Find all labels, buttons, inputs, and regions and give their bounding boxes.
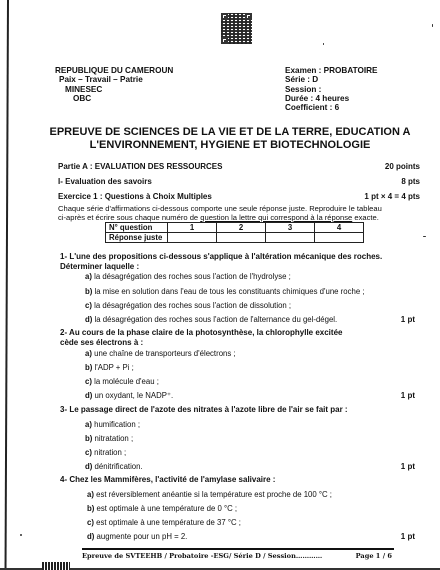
question-2-stem: 2- Au cours de la phase claire de la pho… <box>60 328 422 347</box>
question-3-option-c: c) nitration ; <box>85 448 415 457</box>
scan-speck <box>432 24 433 27</box>
option-text: la désagrégation des roches sous l'actio… <box>94 272 291 281</box>
column-header: 4 <box>315 223 364 233</box>
question-4-option-a: a) est réversiblement anéantie si la tem… <box>87 490 417 499</box>
answer-cell <box>266 233 315 243</box>
question-stem-line: cède ses électrons à : <box>60 338 422 348</box>
scan-speck <box>20 534 22 536</box>
instructions-text: ci-après et écrire sous chaque numéro de <box>58 213 200 222</box>
option-letter: d) <box>85 462 92 471</box>
page-title: EPREUVE DE SCIENCES DE LA VIE ET DE LA T… <box>40 126 420 152</box>
answer-cell <box>168 233 217 243</box>
footer-divider <box>82 548 394 550</box>
question-4-stem: 4- Chez les Mammifères, l'activité de l'… <box>60 475 422 485</box>
country-motto: Paix – Travail – Patrie <box>55 75 173 84</box>
title-line-2: L'ENVIRONNEMENT, HYGIENE ET BIOTECHNOLOG… <box>40 139 420 152</box>
question-points: 1 pt <box>401 532 415 541</box>
header-exam-block: Examen : PROBATOIRE Série : D Session : … <box>285 66 378 112</box>
answer-cell <box>217 233 266 243</box>
option-text: est réversiblement anéantie si la tempér… <box>96 490 332 499</box>
option-text: est optimale à une température de 37 °C … <box>96 518 241 527</box>
option-text: augmente pour un pH = 2. <box>97 532 188 541</box>
option-letter: a) <box>87 490 94 499</box>
question-stem-line: 3- Le passage direct de l'azote des nitr… <box>60 405 422 415</box>
partie-heading: Partie A : EVALUATION DES RESSOURCES 20 … <box>58 162 420 171</box>
option-letter: b) <box>85 434 92 443</box>
option-text: un oxydant, le NADP⁺. <box>95 391 174 400</box>
option-text: la désagrégation des roches sous l'actio… <box>94 301 291 310</box>
option-letter: c) <box>87 518 94 527</box>
exam-coefficient: Coefficient : 6 <box>285 103 378 112</box>
page-number: Page 1 / 6 <box>356 552 392 560</box>
column-header: 3 <box>266 223 315 233</box>
option-letter: d) <box>85 315 92 324</box>
column-header: 1 <box>168 223 217 233</box>
answer-table: N° question 1 2 3 4 Réponse juste <box>105 222 364 243</box>
qr-code-icon <box>221 13 252 44</box>
option-text: la molécule d'eau ; <box>94 377 159 386</box>
question-points: 1 pt <box>401 462 415 471</box>
exercise-label: Exercice 1 : Questions à Choix Multiples <box>58 192 212 201</box>
column-header: 2 <box>217 223 266 233</box>
question-1-option-a: a) la désagrégation des roches sous l'ac… <box>85 272 415 281</box>
title-line-1: EPREUVE DE SCIENCES DE LA VIE ET DE LA T… <box>40 126 420 139</box>
option-letter: d) <box>87 532 94 541</box>
question-1-option-b: b) la mise en solution dans l'eau de tou… <box>85 287 415 296</box>
table-row: Réponse juste <box>106 233 364 243</box>
exercise-heading: Exercice 1 : Questions à Choix Multiples… <box>58 192 420 201</box>
table-row: N° question 1 2 3 4 <box>106 223 364 233</box>
question-points: 1 pt <box>401 315 415 324</box>
question-stem-line: 2- Au cours de la phase claire de la pho… <box>60 328 422 338</box>
question-1-option-c: c) la désagrégation des roches sous l'ac… <box>85 301 415 310</box>
question-stem-line: 1- L'une des propositions ci-dessous s'a… <box>60 252 422 262</box>
answer-cell <box>315 233 364 243</box>
small-qr-code-icon <box>42 562 70 570</box>
footer-exam-info: Epreuve de SVTEEHB / Probatoire -ESG/ Sé… <box>82 552 322 560</box>
exam-type: Examen : PROBATOIRE <box>285 66 378 75</box>
question-2-option-a: a) une chaîne de transporteurs d'électro… <box>85 349 415 358</box>
instructions-text: exacte. <box>352 213 379 222</box>
section-label: I- Evaluation des savoirs <box>58 177 152 186</box>
question-3-option-a: a) humification ; <box>85 420 415 429</box>
question-1-option-d: d) la désagrégation des roches sous l'ac… <box>85 315 415 324</box>
option-text: l'ADP + Pi ; <box>95 363 134 372</box>
partie-points: 20 points <box>385 162 420 171</box>
option-letter: d) <box>85 391 92 400</box>
question-2-option-c: c) la molécule d'eau ; <box>85 377 415 386</box>
option-text: nitration ; <box>94 448 126 457</box>
question-2-option-d: d) un oxydant, le NADP⁺.1 pt <box>85 391 415 400</box>
option-text: la désagrégation des roches sous l'actio… <box>95 315 338 324</box>
partie-label: Partie A : EVALUATION DES RESSOURCES <box>58 162 222 171</box>
option-letter: a) <box>85 272 92 281</box>
option-text: nitratation ; <box>95 434 134 443</box>
option-letter: c) <box>85 448 92 457</box>
option-letter: b) <box>85 287 92 296</box>
option-letter: b) <box>85 363 92 372</box>
option-text: une chaîne de transporteurs d'électrons … <box>94 349 236 358</box>
row-header: Réponse juste <box>106 233 168 243</box>
exam-session: Session : <box>285 85 378 94</box>
exam-series: Série : D <box>285 75 378 84</box>
option-letter: a) <box>85 349 92 358</box>
instructions-underlined-text: question la lettre qui correspond à la r… <box>200 213 352 222</box>
scan-border-left <box>5 0 9 570</box>
question-points: 1 pt <box>401 391 415 400</box>
option-text: la mise en solution dans l'eau de tous l… <box>95 287 365 296</box>
section-heading: I- Evaluation des savoirs 8 pts <box>58 177 420 186</box>
option-letter: c) <box>85 377 92 386</box>
question-stem-line: Déterminer laquelle : <box>60 262 422 272</box>
office: OBC <box>55 94 173 103</box>
ministry: MINESEC <box>55 85 173 94</box>
option-letter: c) <box>85 301 92 310</box>
exam-duration: Durée : 4 heures <box>285 94 378 103</box>
question-3-option-b: b) nitratation ; <box>85 434 415 443</box>
question-3-option-d: d) dénitrification.1 pt <box>85 462 415 471</box>
question-stem-line: 4- Chez les Mammifères, l'activité de l'… <box>60 475 422 485</box>
scan-speck <box>323 43 324 45</box>
country-name: REPUBLIQUE DU CAMEROUN <box>55 66 173 75</box>
question-1-stem: 1- L'une des propositions ci-dessous s'a… <box>60 252 422 271</box>
question-4-option-b: b) est optimale à une température de 0 °… <box>87 504 417 513</box>
exercise-points: 1 pt × 4 = 4 pts <box>364 192 420 201</box>
option-letter: a) <box>85 420 92 429</box>
header-country-block: REPUBLIQUE DU CAMEROUN Paix – Travail – … <box>55 66 173 103</box>
page-footer: Epreuve de SVTEEHB / Probatoire -ESG/ Sé… <box>82 552 392 560</box>
row-header: N° question <box>106 223 168 233</box>
question-4-option-c: c) est optimale à une température de 37 … <box>87 518 417 527</box>
option-letter: b) <box>87 504 94 513</box>
option-text: est optimale à une température de 0 °C ; <box>97 504 238 513</box>
question-2-option-b: b) l'ADP + Pi ; <box>85 363 415 372</box>
option-text: humification ; <box>94 420 140 429</box>
question-3-stem: 3- Le passage direct de l'azote des nitr… <box>60 405 422 415</box>
instructions: Chaque série d'affirmations ci-dessous c… <box>58 205 423 223</box>
question-4-option-d: d) augmente pour un pH = 2.1 pt <box>87 532 415 541</box>
section-points: 8 pts <box>401 177 420 186</box>
option-text: dénitrification. <box>95 462 143 471</box>
scan-speck <box>423 236 426 237</box>
